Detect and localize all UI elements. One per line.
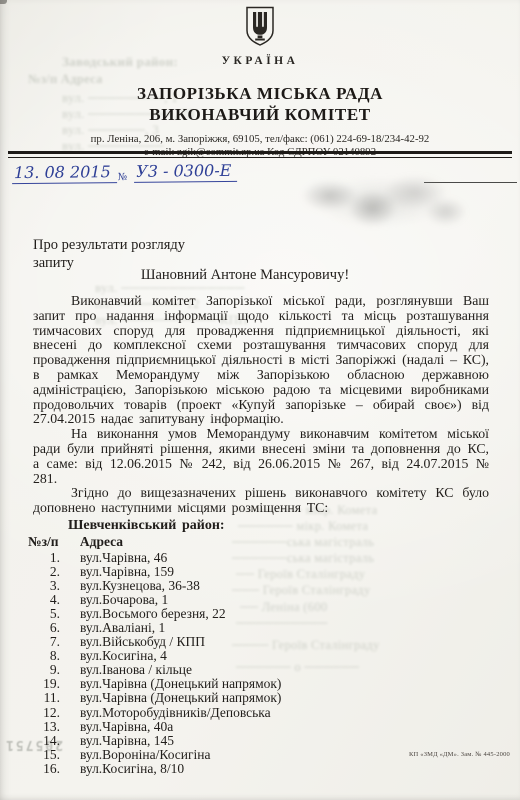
address-row: 5.вул.Восьмого березня, 22 xyxy=(33,607,489,621)
address-row-street: вул.Військобуд / КПП xyxy=(80,635,205,649)
address-list-header: №з/п Адреса xyxy=(28,535,489,550)
coat-of-arms-tryzub-icon xyxy=(244,6,276,48)
address-row: 4.вул.Бочарова, 1 xyxy=(33,593,489,607)
salutation: Шановний Антоне Мансуровичу! xyxy=(0,267,490,284)
address-row-street: вул.Чарівна (Донецький напрямок) xyxy=(80,691,281,705)
address-row: 19.вул.Чарівна (Донецький напрямок) xyxy=(33,677,489,691)
body-paragraph: На виконання умов Меморандуму виконавчим… xyxy=(33,427,489,486)
address-row-street: вул.Чарівна, 40а xyxy=(80,720,173,734)
redacted-recipient-area xyxy=(296,170,466,234)
column-header-address: Адреса xyxy=(80,534,123,549)
address-row-street: вул.Чарівна, 46 xyxy=(80,551,167,565)
address-row-number: 19. xyxy=(33,677,60,691)
address-row: 8.вул.Косигіна, 4 xyxy=(33,649,489,663)
country-label: УКРАЇНА xyxy=(0,55,520,67)
organization-address: пр. Леніна, 206, м. Запоріжжя, 69105, те… xyxy=(0,133,520,145)
address-row-street: вул.Чарівна, 159 xyxy=(80,565,174,579)
address-row-number: 9. xyxy=(33,663,60,677)
address-row-street: вул.Бочарова, 1 xyxy=(80,593,168,607)
handwritten-reference: 13. 08 2015№ У3 - 0300-Е xyxy=(12,161,238,184)
address-row: 16.вул.Косигіна, 8/10 xyxy=(33,762,489,776)
address-row-number: 7. xyxy=(33,635,60,649)
address-row-number: 5. xyxy=(33,607,60,621)
address-row-number: 11. xyxy=(33,691,60,705)
address-list: 1.вул.Чарівна, 462.вул.Чарівна, 1593.вул… xyxy=(33,551,489,777)
district-heading: Шевченківський район: xyxy=(68,519,489,534)
address-row: 2.вул.Чарівна, 159 xyxy=(33,565,489,579)
address-row-street: вул.Кузнецова, 36-38 xyxy=(80,579,200,593)
address-row-number: 16. xyxy=(33,762,60,776)
handwritten-number: У3 - 0300-Е xyxy=(134,161,237,183)
letterhead-divider xyxy=(8,151,512,158)
address-row-number: 2. xyxy=(33,565,60,579)
letter-body: Виконавчий комітет Запорізької міської р… xyxy=(33,294,489,776)
address-row-street: вул.Косигіна, 8/10 xyxy=(80,762,184,776)
address-row: 14.вул.Чарівна, 145 xyxy=(33,734,489,748)
body-paragraph: Виконавчий комітет Запорізької міської р… xyxy=(33,294,489,427)
address-row-number: 8. xyxy=(33,649,60,663)
address-row: 13.вул.Чарівна, 40а xyxy=(33,720,489,734)
organization-name-line1: ЗАПОРІЗЬКА МІСЬКА РАДА xyxy=(0,84,520,104)
address-row-street: вул.Косигіна, 4 xyxy=(80,649,167,663)
address-row: 11.вул.Чарівна (Донецький напрямок) xyxy=(33,691,489,705)
address-row-street: вул.Аваліані, 1 xyxy=(80,621,165,635)
address-row-number: 15. xyxy=(33,748,60,762)
scan-artifact xyxy=(0,0,7,4)
address-row-number: 14. xyxy=(33,734,60,748)
address-row-number: 6. xyxy=(33,621,60,635)
letterhead: УКРАЇНА ЗАПОРІЗЬКА МІСЬКА РАДА ВИКОНАВЧИ… xyxy=(0,6,520,158)
address-row-number: 12. xyxy=(33,706,60,720)
address-row-number: 4. xyxy=(33,593,60,607)
address-row: 7.вул.Військобуд / КПП xyxy=(33,635,489,649)
address-row-street: вул.Восьмого березня, 22 xyxy=(80,607,226,621)
address-row: 1.вул.Чарівна, 46 xyxy=(33,551,489,565)
handwritten-date: 13. 08 2015 xyxy=(12,162,117,184)
subject-line1: Про результати розгляду xyxy=(33,236,185,254)
print-shop-code: КП «ЗМД «ДМ». Зам. № 445-2000 xyxy=(409,751,510,758)
column-header-number: №з/п xyxy=(28,534,59,549)
address-row-number: 3. xyxy=(33,579,60,593)
address-row: 9.вул.Іванова / кільце xyxy=(33,663,489,677)
address-row-number: 13. xyxy=(33,720,60,734)
organization-name-line2: ВИКОНАВЧИЙ КОМІТЕТ xyxy=(0,105,520,125)
address-row-street: вул.Чарівна (Донецький напрямок) xyxy=(80,677,281,691)
body-paragraph: Згідно до вищезазначених рішень виконавч… xyxy=(33,486,489,516)
address-row: 12.вул.Моторобудівників/Деповська xyxy=(33,706,489,720)
address-row-number: 1. xyxy=(33,551,60,565)
address-row: 3.вул.Кузнецова, 36-38 xyxy=(33,579,489,593)
address-row-street: вул.Моторобудівників/Деповська xyxy=(80,706,271,720)
address-row-street: вул.Вороніна/Косигіна xyxy=(80,748,211,762)
address-row-street: вул.Чарівна, 145 xyxy=(80,734,174,748)
number-sign: № xyxy=(118,172,128,183)
address-row-street: вул.Іванова / кільце xyxy=(80,663,192,677)
scanned-letter-page: Заводський район:№з/п Адресавул. ───────… xyxy=(0,0,520,800)
address-row: 6.вул.Аваліані, 1 xyxy=(33,621,489,635)
